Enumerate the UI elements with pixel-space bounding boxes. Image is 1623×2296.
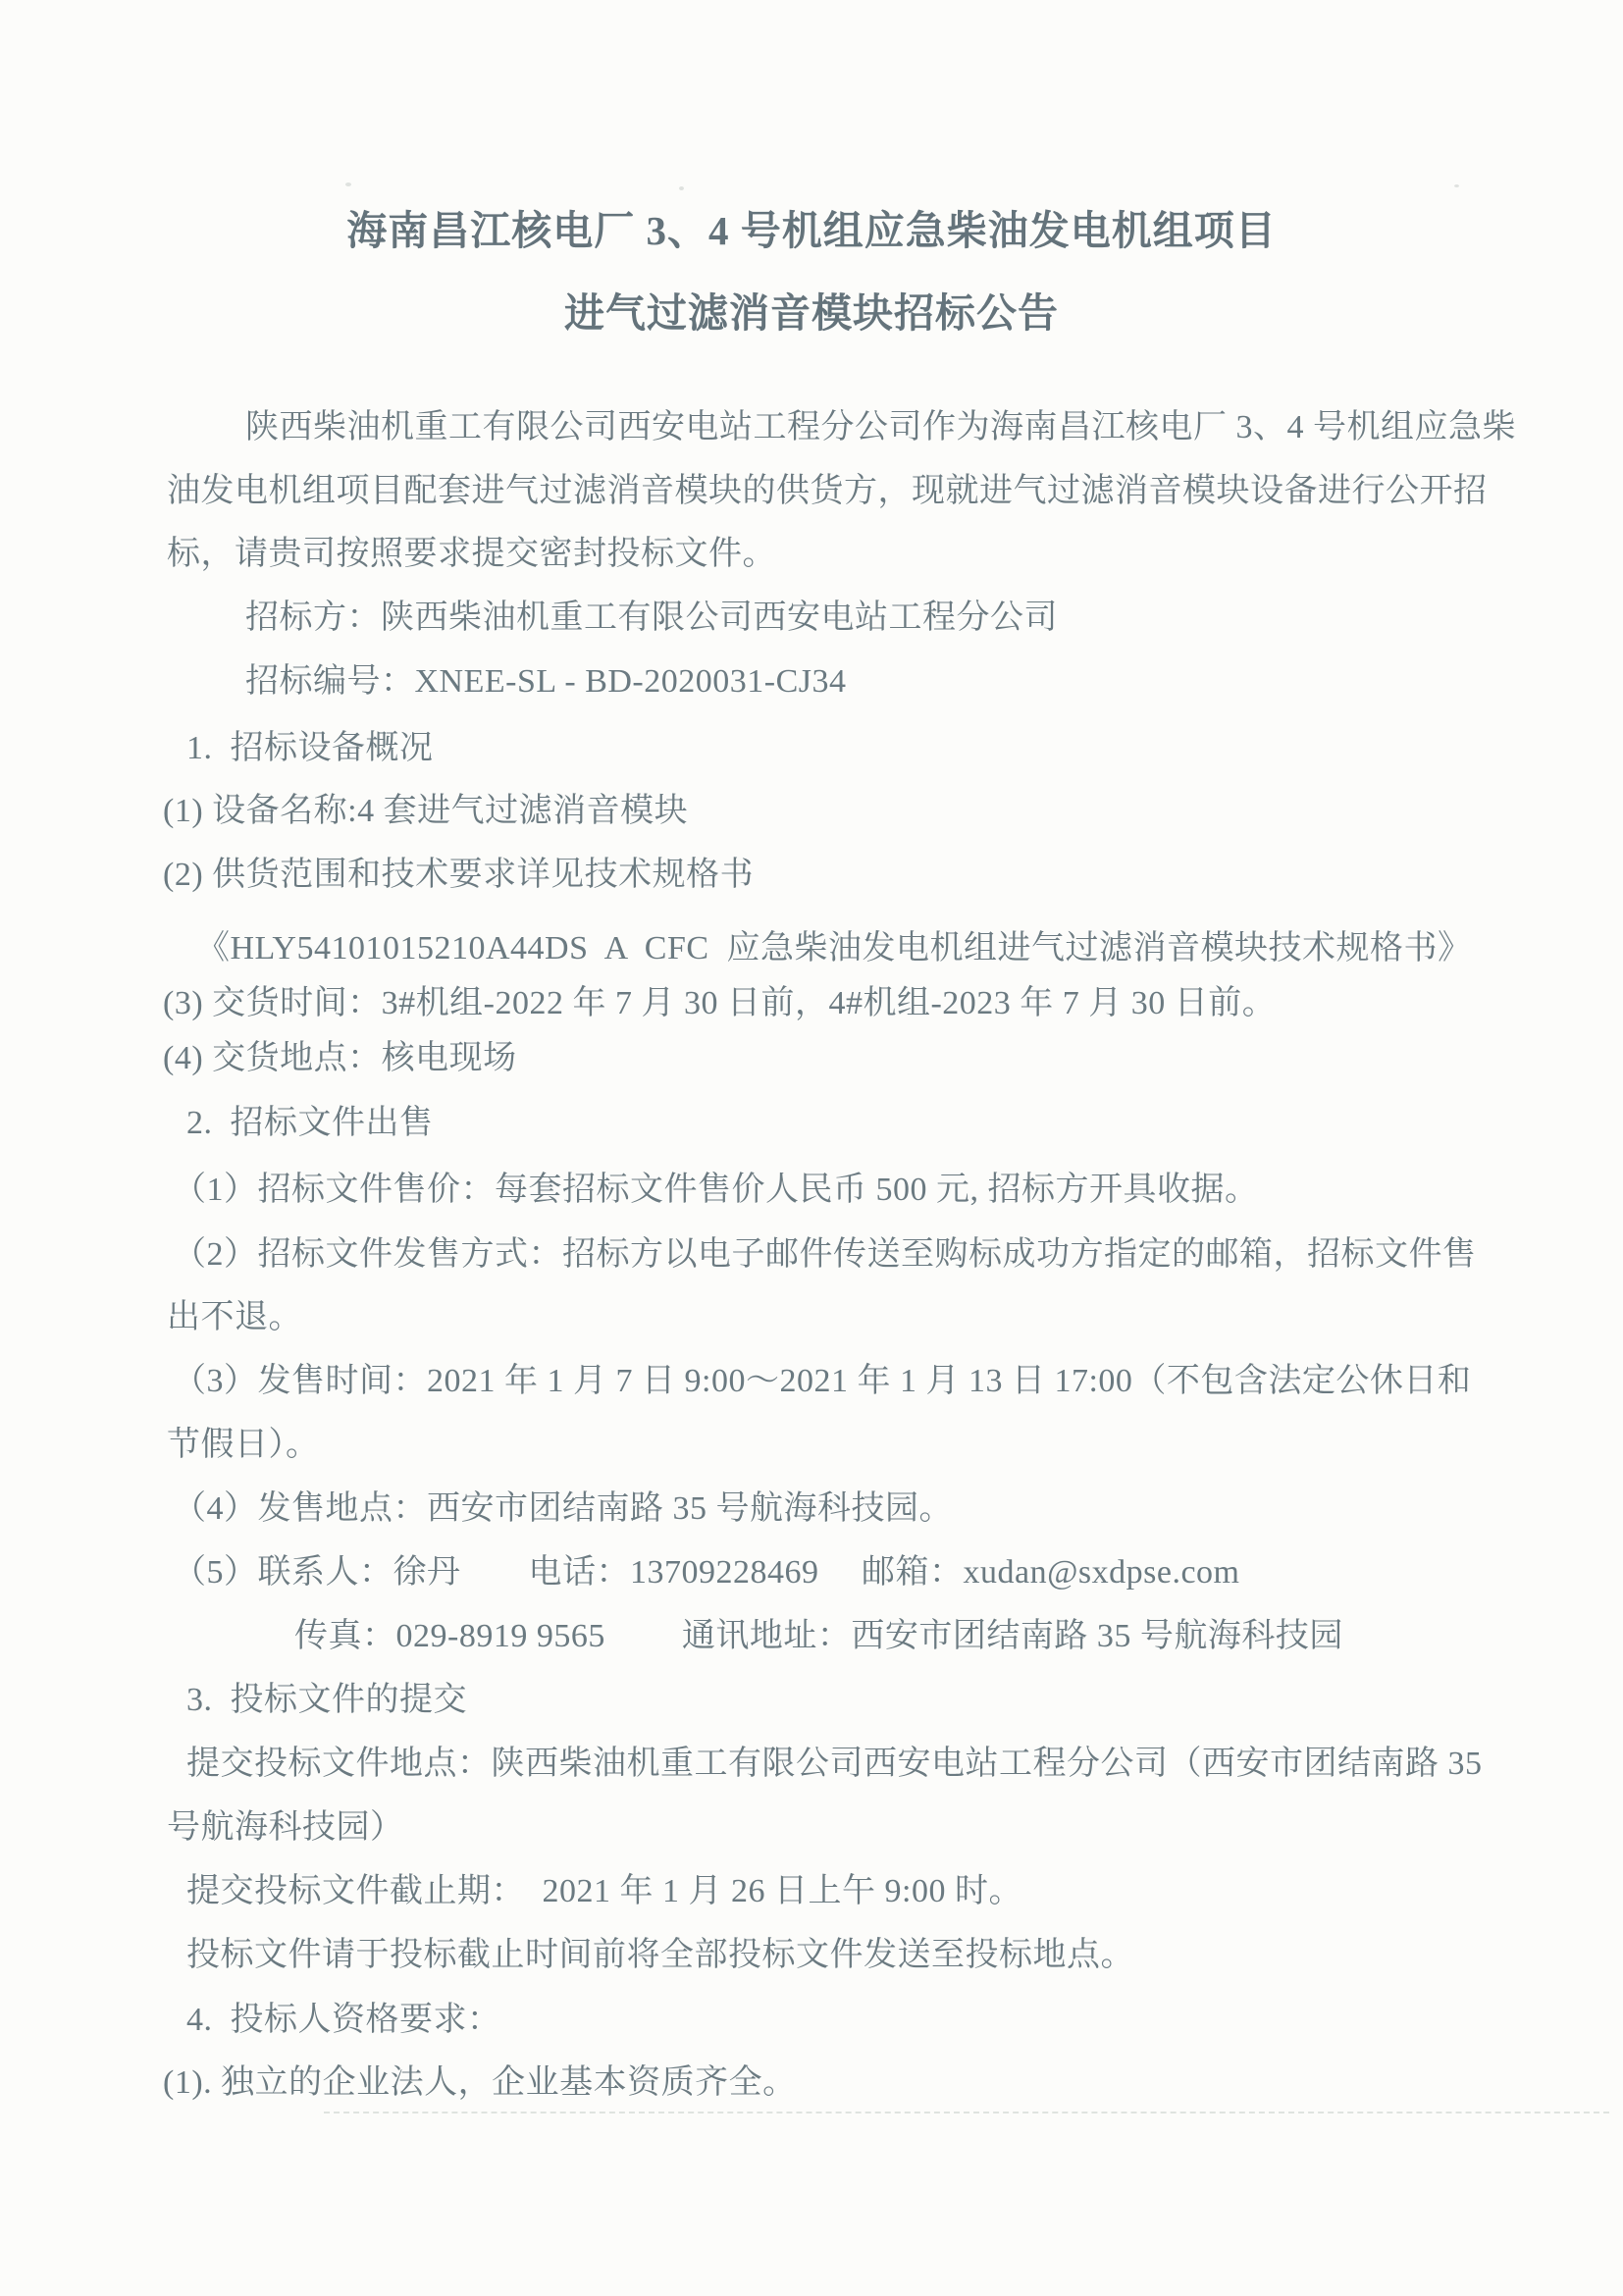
section-1-item-1: (1) 设备名称:4 套进气过滤消音模块 [163,789,688,834]
section-2-heading: 2. 招标文件出售 [186,1101,434,1146]
document-title-line-2: 进气过滤消音模块招标公告 [0,281,1623,339]
section-1-spec-book: 《HLY54101015210A44DS A CFC 应急柴油发电机组进气过滤消… [196,926,1472,971]
section-2-item-3-line2: 节假日）。 [167,1423,320,1468]
intro-line-3: 标，请贵司按照要求提交密封投标文件。 [167,532,776,577]
section-2-item-2-line1: （2）招标文件发售方式：招标方以电子邮件传送至购标成功方指定的邮箱，招标文件售 [173,1232,1477,1278]
scan-speck [679,186,684,190]
section-3-heading: 3. 投标文件的提交 [186,1678,467,1723]
document-page: 海南昌江核电厂 3、4 号机组应急柴油发电机组项目 进气过滤消音模块招标公告 陕… [0,0,1623,2296]
scan-speck [1454,184,1459,187]
section-1-item-3: (3) 交货时间：3#机组-2022 年 7 月 30 日前，4#机组-2023… [163,981,1276,1026]
section-3-note: 投标文件请于投标截止时间前将全部投标文件发送至投标地点。 [186,1933,1134,1978]
tender-number-line: 招标编号：XNEE-SL - BD-2020031-CJ34 [245,659,847,704]
scan-artifact-line [324,2112,1609,2113]
section-2-item-1: （1）招标文件售价：每套招标文件售价人民币 500 元, 招标方开具收据。 [173,1168,1259,1213]
section-2-item-5-fax: 传真：029-8919 9565 通讯地址：西安市团结南路 35 号航海科技园 [294,1614,1343,1659]
section-3-address-line1: 提交投标文件地点：陕西柴油机重工有限公司西安电站工程分公司（西安市团结南路 35 [186,1742,1483,1787]
scan-speck [345,183,351,186]
section-3-deadline: 提交投标文件截止期： 2021 年 1 月 26 日上午 9:00 时。 [186,1869,1022,1914]
section-1-heading: 1. 招标设备概况 [186,726,434,771]
section-4-item-1: (1). 独立的企业法人，企业基本资质齐全。 [163,2061,797,2106]
section-1-item-4: (4) 交货地点：核电现场 [163,1036,517,1081]
document-title-line-1: 海南昌江核电厂 3、4 号机组应急柴油发电机组项目 [0,198,1623,256]
section-4-heading: 4. 投标人资格要求： [186,1998,501,2043]
intro-line-1: 陕西柴油机重工有限公司西安电站工程分公司作为海南昌江核电厂 3、4 号机组应急柴 [245,405,1516,450]
section-1-item-2: (2) 供货范围和技术要求详见技术规格书 [163,853,754,898]
tender-party-line: 招标方：陕西柴油机重工有限公司西安电站工程分公司 [245,596,1058,641]
section-2-item-4: （4）发售地点：西安市团结南路 35 号航海科技园。 [173,1487,953,1532]
section-2-item-2-line2: 出不退。 [167,1295,302,1340]
intro-line-2: 油发电机组项目配套进气过滤消音模块的供货方，现就进气过滤消音模块设备进行公开招 [167,469,1488,514]
section-3-address-line2: 号航海科技园） [167,1805,404,1851]
section-2-item-3-line1: （3）发售时间：2021 年 1 月 7 日 9:00～2021 年 1 月 1… [173,1359,1471,1404]
section-2-item-5-contact: （5）联系人：徐丹 电话：13709228469 邮箱：xudan@sxdpse… [173,1550,1240,1595]
